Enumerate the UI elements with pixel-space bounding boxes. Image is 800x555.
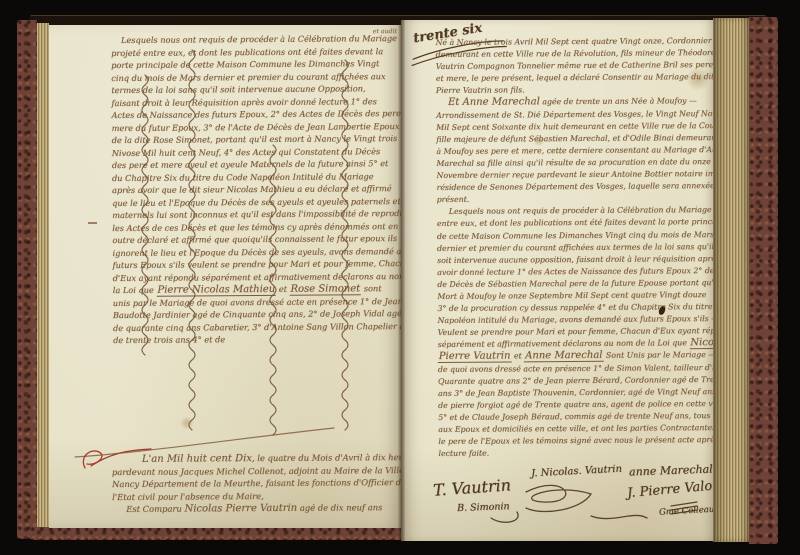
cancellation-line bbox=[342, 60, 348, 430]
book-bottom-edge bbox=[30, 527, 412, 540]
book-cover-right bbox=[749, 17, 778, 544]
text-segment: entre eux, et dont les publications ont … bbox=[437, 217, 713, 228]
text-segment: Mort à Moufoy le onze Septembre Mil Sept… bbox=[437, 290, 706, 301]
text-segment: présent. bbox=[437, 195, 470, 204]
text-segment: avoir donné lecture 1° des Actes de Nais… bbox=[437, 266, 713, 277]
left-page: Lesquels nous ont requis de procéder à l… bbox=[49, 25, 401, 528]
signatures-block: J. Nicolas. Vautrinanne MarechalT. Vautr… bbox=[431, 464, 713, 534]
text-segment: agée de trente un ans Née à Moufoy — bbox=[540, 97, 697, 107]
text-segment: résidence de Senones Département des Vos… bbox=[437, 181, 713, 192]
text-segment: de pierre forgiot agé de Trente quatre a… bbox=[438, 399, 713, 410]
text-segment: Marechal sa fille ainsi qu'il résulte de… bbox=[436, 157, 710, 168]
foxing-spot bbox=[685, 68, 711, 90]
text-segment: Veulent se prendre pour Mari et pour fem… bbox=[438, 326, 713, 337]
cancellation-wavy-lines bbox=[130, 45, 360, 440]
interline-insertion: et audit bbox=[373, 26, 397, 39]
text-segment: Est Comparu bbox=[126, 504, 184, 514]
page-edges-right bbox=[713, 18, 749, 542]
text-segment: de cette Maison Commune les Dimanches Vi… bbox=[437, 229, 713, 240]
text-segment: Lesquels nous ont requis de procéder à l… bbox=[121, 33, 397, 45]
text-segment: Novembre dernier reçue pardevant le sieu… bbox=[436, 169, 713, 180]
text-segment: séparément et affirmativement déclarons … bbox=[438, 339, 690, 350]
text-segment: lecture faite. bbox=[438, 449, 489, 458]
name-emphasis: L'an Mil huit cent Dix bbox=[142, 453, 252, 465]
text-segment: et mere, le pere présent, lequel a décla… bbox=[436, 72, 713, 83]
text-segment: Mil Sept cent Soixante dix huit demeuran… bbox=[436, 121, 713, 132]
text-segment: soit intervenue aucune opposition, faisa… bbox=[437, 254, 713, 265]
manuscript-line: lecture faite. bbox=[438, 446, 713, 460]
text-segment: Vautrin Compagnon Tonnelier même rue et … bbox=[436, 60, 713, 71]
text-segment: sont bbox=[361, 283, 381, 293]
text-segment: Sont Unis par le Mariage — bbox=[603, 350, 713, 360]
text-segment: dernier et premier du courant affichées … bbox=[437, 242, 713, 253]
manuscript-line: Est Comparu Nicolas Pierre Vautrin agé d… bbox=[112, 501, 401, 516]
foxing-spot bbox=[533, 136, 545, 146]
text-segment: Napoléon intitulé du Mariage, avons dema… bbox=[437, 314, 713, 325]
cancellation-line bbox=[189, 50, 195, 430]
text-segment: de quoi avons dressé acte en présence 1°… bbox=[438, 362, 713, 373]
right-page-act-text: Né à Nancy le trois Avril Mil Sept cent … bbox=[436, 35, 713, 460]
text-segment: Pierre Vautrin son fils. bbox=[436, 86, 525, 96]
text-segment: Arrondissement de St. Dié Département de… bbox=[436, 108, 713, 119]
text-segment: pardevant nous Jacques Michel Collenot, … bbox=[112, 465, 401, 477]
name-emphasis: Pierre Vautrin bbox=[438, 351, 512, 364]
foxing-spot bbox=[179, 417, 195, 429]
text-segment: aux Epoux et domiciliés en cette ville, … bbox=[438, 423, 713, 434]
text-segment: 5° et de Claude Joseph Béraud, commis ag… bbox=[438, 411, 713, 422]
text-segment: Lesquels nous ont requis de procéder à l… bbox=[449, 205, 713, 216]
name-emphasis: Nicolas bbox=[689, 337, 713, 349]
text-segment: Né à Nancy le trois Avril Mil Sept cent … bbox=[436, 36, 712, 47]
text-segment: ans 3° de Jean Baptiste Thouvenin, Cordo… bbox=[438, 387, 713, 398]
book-cover-left bbox=[17, 20, 37, 539]
margin-dash bbox=[88, 222, 97, 224]
page-edges-left bbox=[37, 23, 49, 530]
cancellation-line bbox=[142, 75, 148, 355]
cancellation-line bbox=[270, 145, 276, 435]
text-segment: à Moufoy ses pere et mere, cette dernier… bbox=[436, 145, 713, 156]
archival-manuscript-photo: Lesquels nous ont requis de procéder à l… bbox=[0, 0, 800, 555]
text-segment: et bbox=[511, 352, 524, 361]
left-page-closing-text: L'an Mil huit cent Dix, le quatre du Moi… bbox=[112, 451, 401, 516]
text-segment: Nancy Département de la Meurthe, faisant… bbox=[112, 477, 401, 489]
name-emphasis: Nicolas Pierre Vautrin bbox=[184, 503, 297, 515]
gutter-crease bbox=[398, 20, 405, 541]
text-segment: fille majeure de défunt Sébastien Marech… bbox=[436, 133, 713, 144]
text-segment: Quarante quatre ans 2° de Jean pierre Bé… bbox=[438, 374, 713, 385]
name-emphasis: Et Anne Marechal bbox=[448, 97, 540, 109]
text-segment: de Décès de Sébastien Marechal pere de l… bbox=[437, 278, 713, 289]
text-segment: le pere de l'Epoux et les témoins signé … bbox=[438, 435, 713, 446]
text-segment: demeurant en cette Ville rue de la Révol… bbox=[436, 48, 713, 59]
signature: B. Simonin bbox=[457, 501, 510, 514]
right-page: trente six Né à Nancy le trois Avril Mil… bbox=[401, 20, 713, 541]
text-segment: , le quatre du Mois d'Avril à dix heures… bbox=[252, 452, 401, 463]
text-segment: l'Etat civil pour l'absence du Maire, bbox=[112, 491, 264, 502]
name-emphasis: Anne Marechal bbox=[524, 350, 603, 363]
text-segment: agé de dix neuf ans bbox=[297, 503, 382, 514]
text-segment: 3° de la procuration cy dessus rappelée … bbox=[437, 302, 713, 313]
